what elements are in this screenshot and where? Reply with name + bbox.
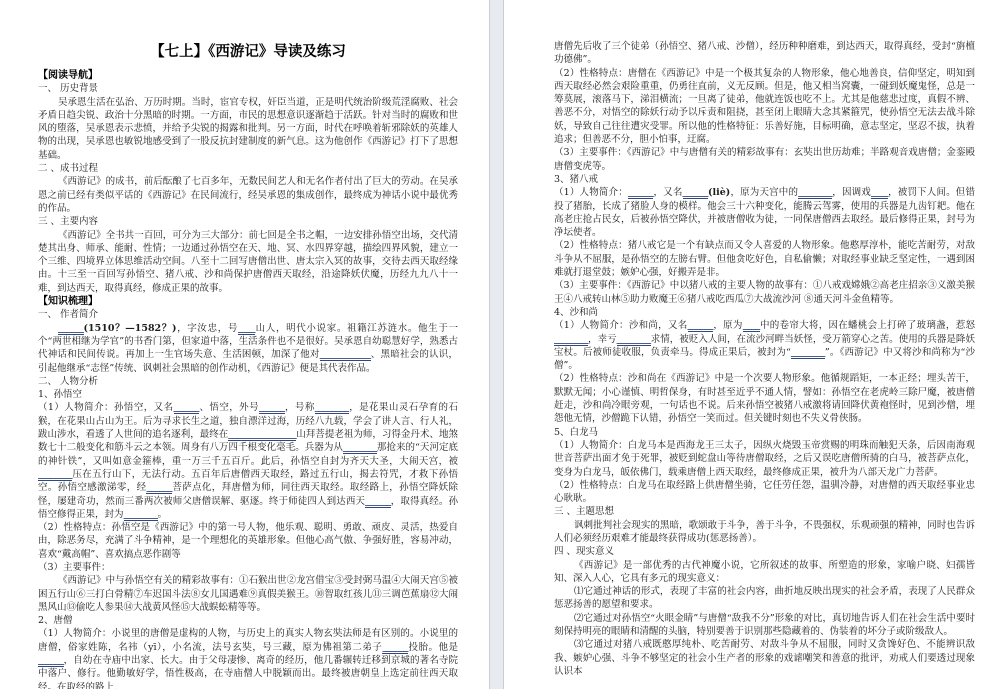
fill-in-blank: ____________ [320, 349, 371, 361]
document-page-right: 唐僧先后收了三个徒弟（孙悟空、猪八戒、沙僧），经历种种磨难，到达西天，取得真经，… [505, 0, 1001, 689]
fill-in-blank: ________ [791, 347, 825, 359]
fill-in-blank: ________________ [228, 429, 296, 441]
fill-in-blank: ______ [683, 187, 709, 199]
fill-in-blank: ____ [743, 320, 760, 332]
heading-tang-seng: 2、唐僧 [38, 614, 458, 627]
body-paragraph-with-blanks: （1）人物简介：小说里的唐僧是虚构的人物，与历史上的真实人物玄奘法师是有区别的。… [38, 627, 458, 689]
body-paragraph-with-blanks: ______(1510？—1582？)，字汝忠，号____山人，明代小说家。祖籍… [38, 322, 458, 375]
body-paragraph-with-blanks: （1）人物简介：______，又名______(liè)，原为天宫中的_____… [554, 186, 975, 239]
fill-in-blank: ______ [688, 320, 714, 332]
body-paragraph: （3）主要事件： [38, 561, 458, 574]
document-title: 【七上】《西游记》导读及练习 [38, 42, 458, 61]
page-gutter [489, 0, 504, 689]
body-paragraph: （2）性格特点：孙悟空是《西游记》中的第一号人物，他乐观、聪明、勇敢、顽皮、灵活… [38, 521, 458, 561]
fill-in-blank: ________ [124, 509, 158, 521]
body-paragraph: （1）人物简介：白龙马本是西海龙王三太子，因纵火烧毁玉帝赏赐的明珠而触犯天条，后… [554, 439, 975, 479]
fill-in-blank: ________ [315, 402, 349, 414]
fill-in-blank: ______ [146, 482, 172, 494]
body-paragraph: ⑴它通过神话的形式，表现了丰富的社会内容，曲折地反映出现实的社会矛盾，表现了人民… [554, 585, 975, 612]
heading-author-intro: 一、 作者简介 [38, 308, 458, 321]
fill-in-blank: ______ [58, 323, 84, 335]
fill-in-blank: ____ [871, 187, 888, 199]
fill-in-blank: ______ [38, 655, 64, 667]
body-paragraph: （3）主要事件：《西游记》中以猪八戒的主要人物的故事有：①八戒戏嫦娥②高老庄招亲… [554, 279, 975, 306]
body-paragraph: 《西游记》全书共一百回，可分为三大部分：前七回是全书之帽，一边安排孙悟空出场，交… [38, 229, 458, 295]
page-left-content: 【七上】《西游记》导读及练习 【阅读导航】 一、 历史背景 吴承恩生活在弘治、万… [38, 42, 458, 689]
fill-in-blank: ________ [38, 469, 72, 481]
body-paragraph: （2）性格特点：白龙马在取经路上供唐僧坐骑，它任劳任怨，温驯冷静，对唐僧的西天取… [554, 479, 975, 506]
body-paragraph: 《西游记》中与孙悟空有关的精彩故事有：①石猴出世②龙宫借宝③受封弼马温④大闹天宫… [38, 574, 458, 614]
fill-in-blank: ______ [259, 402, 285, 414]
body-paragraph: （3）主要事件：《西游记》中与唐僧有关的精彩故事有：玄奘出世历劫难；半路观音戏唐… [554, 146, 975, 173]
heading-zhu-bajie: 3、猪八戒 [554, 173, 975, 186]
heading-character-analysis: 二、 人物分析 [38, 375, 458, 388]
body-paragraph-with-blanks: （1）人物简介：沙和尚，又名______，原为____中的卷帘大将，因在蟠桃会上… [554, 319, 975, 372]
heading-sha-heshang: 4、沙和尚 [554, 306, 975, 319]
fill-in-blank: ____ [238, 323, 255, 335]
fill-in-blank: ________ [617, 334, 651, 346]
body-paragraph: ⑶它通过对猪八戒既憨厚纯朴、吃苦耐劳、对敌斗争从不屈服，同时又贪馋好色、不能辨识… [554, 638, 975, 678]
heading-real-significance: 四 、现实意义 [554, 545, 975, 558]
body-paragraph: （2）性格特点：沙和尚在《西游记》中是一个次要人物形象。他循规蹈矩，一本正经；埋… [554, 372, 975, 425]
fill-in-blank: ______ [365, 496, 391, 508]
body-paragraph: 吴承恩生活在弘治、万历时期。当时，宦官专权，奸臣当道，正是明代统治阶级荒淫腐败、… [38, 96, 458, 162]
page-right-content: 唐僧先后收了三个徒弟（孙悟空、猪八戒、沙僧），经历种种磨难，到达西天，取得真经，… [554, 40, 975, 678]
heading-writing-process: 二 、成书过程 [38, 162, 458, 175]
body-paragraph-with-blanks: （1）人物简介：孙悟空，又名______、悟空，外号______，号称_____… [38, 401, 458, 521]
section-heading-knowledge: 【知识梳理】 [38, 295, 458, 308]
body-paragraph: 《西游记》是一部优秀的古代神魔小说，它所叙述的故事、所塑造的形象，家喻户晓、妇孺… [554, 559, 975, 586]
body-paragraph: 讽刺批判社会现实的黑暗，歌颂敢于斗争，善于斗争，不畏强权，乐观顽强的精神，同时也… [554, 519, 975, 546]
heading-main-content: 三 、主要内容 [38, 215, 458, 228]
fill-in-blank: ________ [554, 334, 588, 346]
fill-in-blank: ______ [382, 642, 408, 654]
heading-theme: 三 、主题思想 [554, 505, 975, 518]
fill-in-blank: ______ [628, 187, 654, 199]
fill-in-blank: ______ [174, 402, 200, 414]
document-page-left: 【七上】《西游记》导读及练习 【阅读导航】 一、 历史背景 吴承恩生活在弘治、万… [0, 0, 489, 689]
section-heading-reading-guide: 【阅读导航】 [38, 69, 458, 82]
body-paragraph-continuation: 唐僧先后收了三个徒弟（孙悟空、猪八戒、沙僧），经历种种磨难，到达西天，取得真经，… [554, 40, 975, 67]
heading-history-background: 一、 历史背景 [38, 82, 458, 95]
fill-in-blank: ________ [343, 442, 377, 454]
body-paragraph: ⑵它通过对孙悟空“火眼金睛”与唐僧“敌我不分”形象的对比，真切地告诉人们在社会生… [554, 612, 975, 639]
heading-bai-longma: 5、白龙马 [554, 426, 975, 439]
fill-in-blank: ________ [798, 187, 832, 199]
body-paragraph: （2）性格特点：猪八戒它是一个有缺点而又令人喜爱的人物形象。他憨厚淳朴，能吃苦耐… [554, 239, 975, 279]
heading-sun-wukong: 1、孙悟空 [38, 388, 458, 401]
body-paragraph: 《西游记》的成书，前后酝酿了七百多年，无数民间艺人和无名作者付出了巨大的劳动。在… [38, 175, 458, 215]
body-paragraph: （2）性格特点：唐僧在《西游记》中是一个极其复杂的人物形象，他心地善良，信仰坚定… [554, 67, 975, 147]
